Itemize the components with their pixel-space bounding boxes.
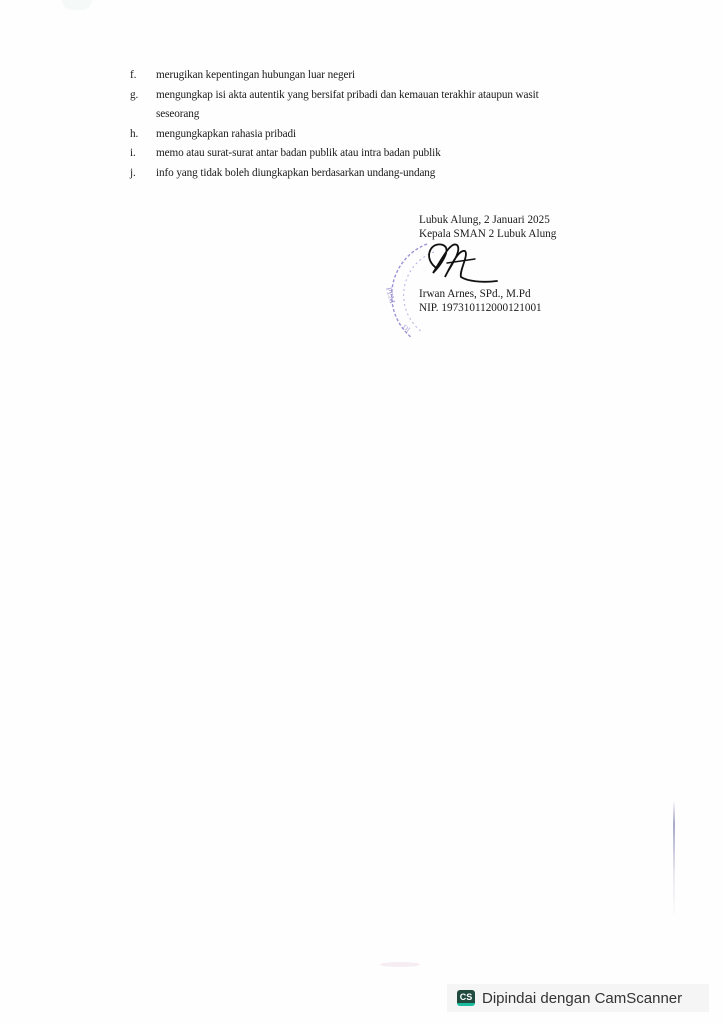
scan-smudge — [380, 962, 420, 967]
scanned-page: f.merugikan kepentingan hubungan luar ne… — [0, 0, 723, 1024]
svg-text:PEM: PEM — [384, 286, 397, 304]
camscanner-logo-icon: CS — [457, 990, 475, 1006]
signature-area — [419, 241, 556, 287]
list-item: i.memo atau surat-surat antar badan publ… — [130, 144, 610, 164]
list-item: g.mengungkap isi akta autentik yang bers… — [130, 86, 610, 106]
watermark-text: Dipindai dengan CamScanner — [482, 990, 682, 1007]
list-item: f.merugikan kepentingan hubungan luar ne… — [130, 66, 610, 86]
signer-name: Irwan Arnes, SPd., M.Pd — [419, 287, 556, 301]
list-marker: f. — [130, 66, 136, 86]
handwritten-signature-icon — [421, 237, 511, 289]
signer-nip: NIP. 197310112000121001 — [419, 301, 556, 315]
svg-text:DI: DI — [401, 323, 412, 334]
list-text: memo atau surat-surat antar badan publik… — [156, 147, 441, 159]
scan-smudge — [62, 0, 92, 10]
list-item-continuation: seseorang — [130, 105, 610, 125]
list-item: j.info yang tidak boleh diungkapkan berd… — [130, 164, 610, 184]
list-marker: g. — [130, 86, 138, 106]
list-item: h.mengungkapkan rahasia pribadi — [130, 125, 610, 145]
place-date: Lubuk Alung, 2 Januari 2025 — [419, 213, 556, 227]
signature-block: Lubuk Alung, 2 Januari 2025 Kepala SMAN … — [419, 213, 556, 315]
scan-edge-artifact — [673, 800, 675, 920]
exemption-list: f.merugikan kepentingan hubungan luar ne… — [130, 66, 610, 183]
list-text: info yang tidak boleh diungkapkan berdas… — [156, 167, 435, 179]
list-marker: j. — [130, 164, 136, 184]
list-text: seseorang — [156, 108, 199, 120]
list-text: merugikan kepentingan hubungan luar nege… — [156, 69, 355, 81]
list-text: mengungkapkan rahasia pribadi — [156, 128, 296, 140]
list-text: mengungkap isi akta autentik yang bersif… — [156, 89, 539, 101]
list-marker: h. — [130, 125, 138, 145]
camscanner-watermark: CS Dipindai dengan CamScanner — [447, 984, 709, 1012]
list-marker: i. — [130, 144, 136, 164]
